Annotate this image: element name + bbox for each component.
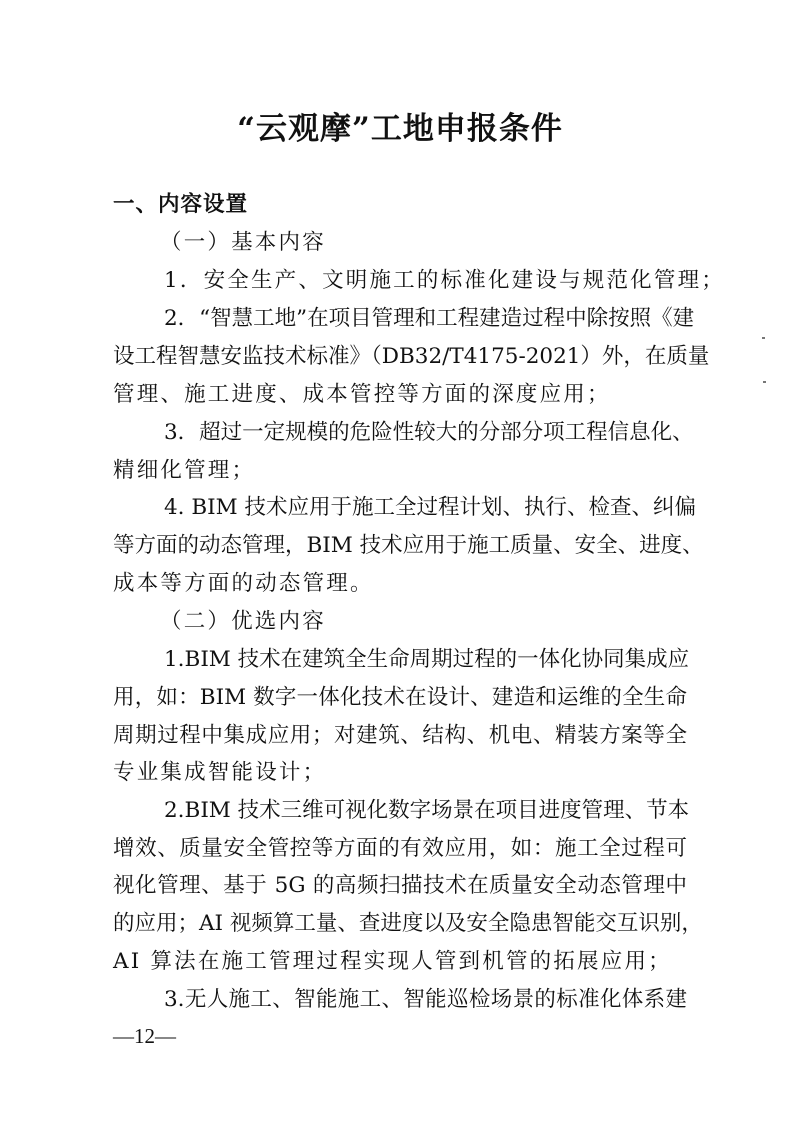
- paragraph-line: 2．“智慧工地”在项目管理和工程建造过程中除按照《建: [164, 305, 687, 333]
- document-title: “云观摩”工地申报条件: [0, 103, 800, 148]
- scan-speck: [763, 381, 766, 383]
- paragraph-line: 1．安全生产、文明施工的标准化建设与规范化管理；: [164, 267, 725, 295]
- paragraph-line: 视化管理、基于 5G 的高频扫描技术在质量安全动态管理中: [113, 872, 687, 900]
- section-heading: 一、内容设置: [113, 191, 248, 219]
- paragraph-line: 成本等方面的动态管理。: [113, 570, 374, 598]
- paragraph-line: AI 算法在施工管理过程实现人管到机管的拓展应用；: [113, 948, 672, 976]
- paragraph-line: 设工程智慧安监技术标准》（DB32/T4175-2021）外，在质量: [113, 343, 687, 371]
- paragraph-line: 周期过程中集成应用；对建筑、结构、机电、精装方案等全: [113, 722, 687, 750]
- paragraph-line: 用，如：BIM 数字一体化技术在设计、建造和运维的全生命: [113, 684, 687, 712]
- paragraph-line: 等方面的动态管理，BIM 技术应用于施工质量、安全、进度、: [113, 532, 687, 560]
- paragraph-line: 专业集成智能设计；: [113, 759, 326, 787]
- page-number: —12—: [113, 1024, 176, 1049]
- paragraph-line: 1.BIM 技术在建筑全生命周期过程的一体化协同集成应: [164, 646, 687, 674]
- paragraph-line: 的应用；AI 视频算工量、查进度以及安全隐患智能交互识别，: [113, 910, 687, 938]
- paragraph-line: 管理、施工进度、成本管控等方面的深度应用；: [113, 381, 611, 409]
- paragraph-line: 精细化管理；: [113, 457, 255, 485]
- paragraph-line: 3．超过一定规模的危险性较大的分部分项工程信息化、: [164, 419, 687, 447]
- subsection-heading: （一）基本内容: [160, 229, 326, 257]
- paragraph-line: 4. BIM 技术应用于施工全过程计划、执行、检查、纠偏: [164, 494, 687, 522]
- scan-speck: [762, 337, 765, 339]
- paragraph-line: 2.BIM 技术三维可视化数字场景在项目进度管理、节本: [164, 797, 687, 825]
- subsection-heading: （二）优选内容: [160, 608, 326, 636]
- paragraph-line: 增效、质量安全管控等方面的有效应用，如：施工全过程可: [113, 835, 687, 863]
- paragraph-line: 3.无人施工、智能施工、智能巡检场景的标准化体系建: [164, 986, 687, 1014]
